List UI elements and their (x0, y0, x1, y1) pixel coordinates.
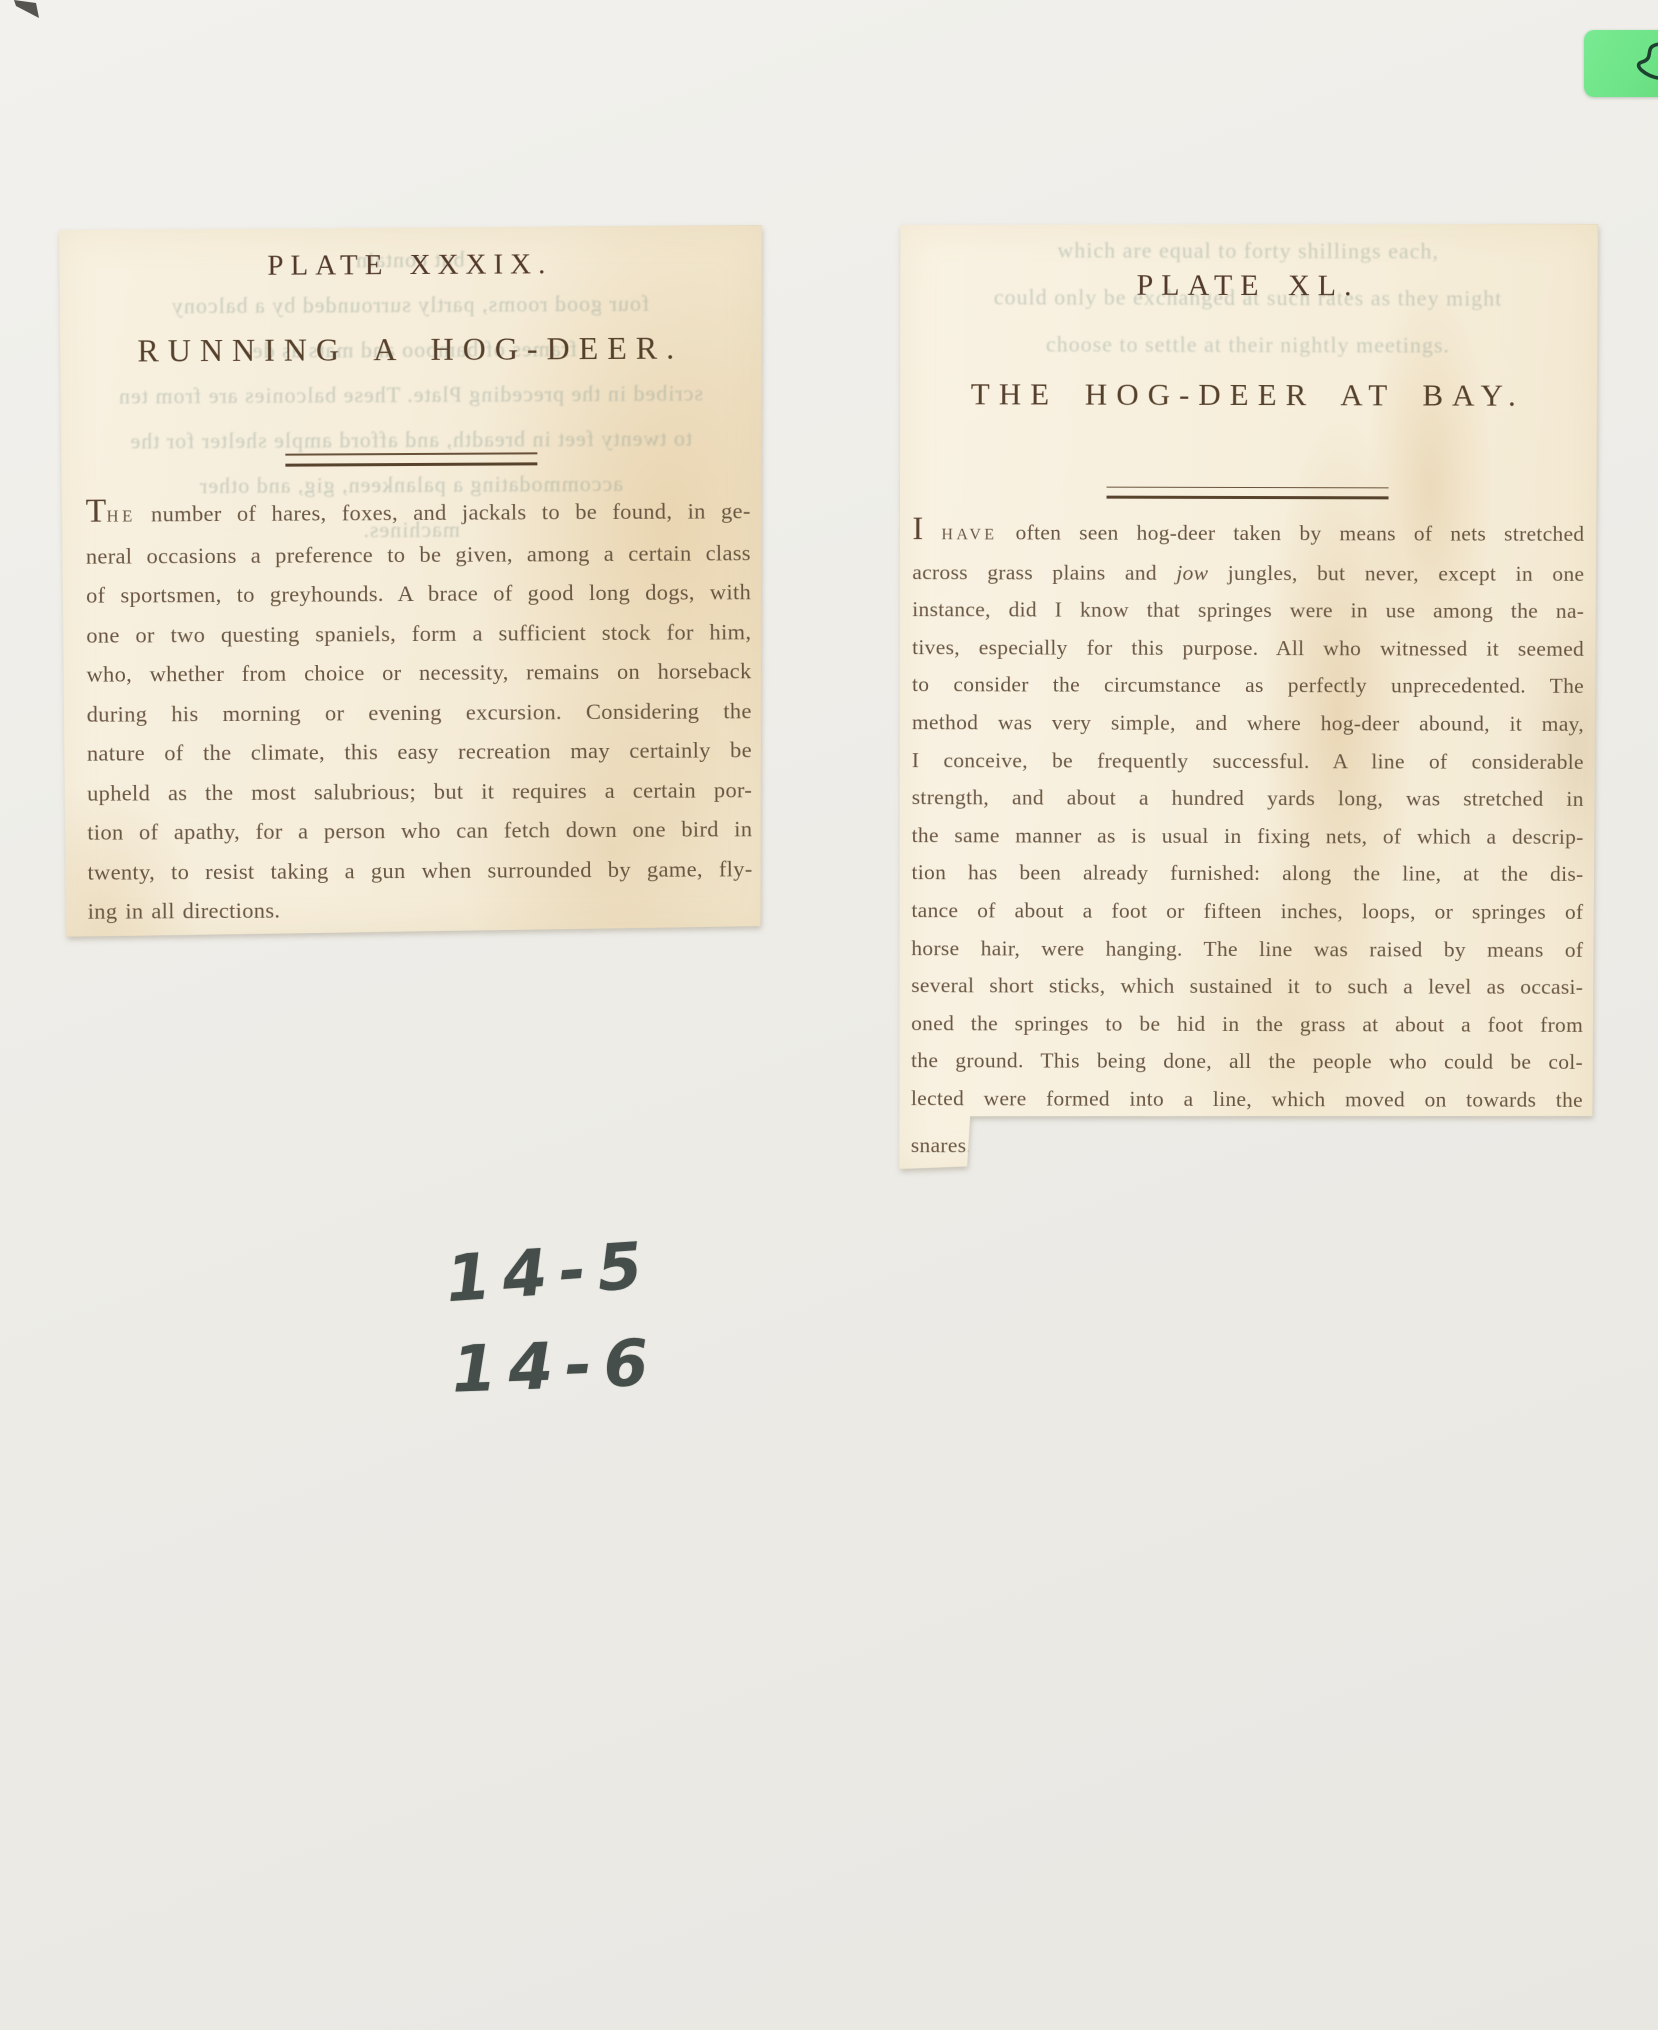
text-line: several short sticks, which sustained it… (911, 967, 1583, 1006)
line-text: across grass plains and (912, 560, 1176, 585)
text-line: horse hair, were hanging. The line was r… (911, 930, 1583, 969)
right-divider-rule (1107, 487, 1389, 500)
left-plate-title: PLATE XXXIX. (56, 247, 763, 284)
text-line: who, whether from choice or necessity, r… (86, 651, 751, 694)
line-text: jungles, but never, except in one (1208, 560, 1584, 585)
text-line: choose to settle at their nightly meetin… (908, 320, 1588, 369)
text-line: the same manner as is usual in fixing ne… (912, 817, 1584, 856)
text-line: to consider the circumstance as perfectl… (912, 666, 1584, 705)
text-line: tives, especially for this purpose. All … (912, 629, 1584, 668)
text-line: of sportsmen, to greyhounds. A brace of … (86, 572, 751, 615)
handwritten-number-2: 14-6 (451, 1326, 662, 1407)
left-body-text: THE number of hares, foxes, and jackals … (86, 491, 753, 931)
text-line: nature of the climate, this easy recreat… (87, 730, 752, 773)
text-line: snares. (911, 1127, 1583, 1166)
right-clipping: which are equal to forty shillings each,… (896, 222, 1598, 1171)
sticky-note-handwritten-mark (1630, 38, 1658, 86)
small-caps: HAVE (941, 526, 997, 543)
text-line: tion has been already furnished: along t… (911, 854, 1583, 893)
text-line: strength, and about a hundred yards long… (912, 779, 1584, 818)
corner-arrow-mark (12, 0, 42, 22)
drop-cap: I (912, 510, 923, 546)
right-plate-subtitle: THE HOG-DEER AT BAY. (898, 376, 1598, 414)
text-line: THE number of hares, foxes, and jackals … (86, 491, 751, 536)
text-line: method was very simple, and where hog-de… (912, 704, 1584, 743)
left-clipping: but containfour good rooms, partly surro… (56, 225, 767, 937)
text-line: neral occasions a preference to be given… (86, 533, 751, 576)
text-line: scribed in the preceding Plate. These ba… (69, 370, 752, 419)
left-divider-rule (285, 452, 537, 466)
right-plate-title: PLATE XL. (898, 268, 1598, 304)
line-text: often seen hog-deer taken by means of ne… (998, 520, 1585, 546)
left-plate-subtitle: RUNNING A HOG-DEER. (57, 329, 764, 370)
text-line: one or two questing spaniels, form a suf… (86, 612, 751, 655)
text-line: four good rooms, partly surrounded by a … (68, 280, 751, 329)
right-body-text: I HAVE often seen hog-deer taken by mean… (911, 514, 1585, 1166)
sticky-note (1584, 30, 1658, 97)
text-line: twenty, to resist taking a gun when surr… (87, 849, 752, 892)
text-line: across grass plains and jow jungles, but… (912, 554, 1584, 593)
italic-word: jow (1176, 560, 1208, 584)
text-line: lected were formed into a line, which mo… (911, 1080, 1583, 1119)
text-line: during his morning or evening excursion.… (87, 691, 752, 734)
line-text: number of hares, foxes, and jackals to b… (136, 498, 751, 526)
text-line: tance of about a foot or fifteen inches,… (911, 892, 1583, 931)
text-line: instance, did I know that springes were … (912, 591, 1584, 630)
text-line: I conceive, be frequently successful. A … (912, 742, 1584, 781)
text-line: ing in all directions. (88, 888, 753, 931)
handwritten-number-1: 14-5 (444, 1229, 657, 1317)
text-line: upheld as the most salubrious; but it re… (87, 770, 752, 813)
photo-mat: but containfour good rooms, partly surro… (0, 0, 1658, 2030)
text-line: I HAVE often seen hog-deer taken by mean… (912, 514, 1584, 555)
small-caps: HE (107, 506, 136, 525)
text-line: oned the springes to be hid in the grass… (911, 1005, 1583, 1044)
text-line: the ground. This being done, all the peo… (911, 1042, 1583, 1081)
right-clipping-paper: which are equal to forty shillings each,… (896, 222, 1598, 1171)
text-line: tion of apathy, for a person who can fet… (87, 809, 752, 852)
left-clipping-paper: but containfour good rooms, partly surro… (56, 225, 767, 937)
drop-cap: T (86, 493, 107, 530)
